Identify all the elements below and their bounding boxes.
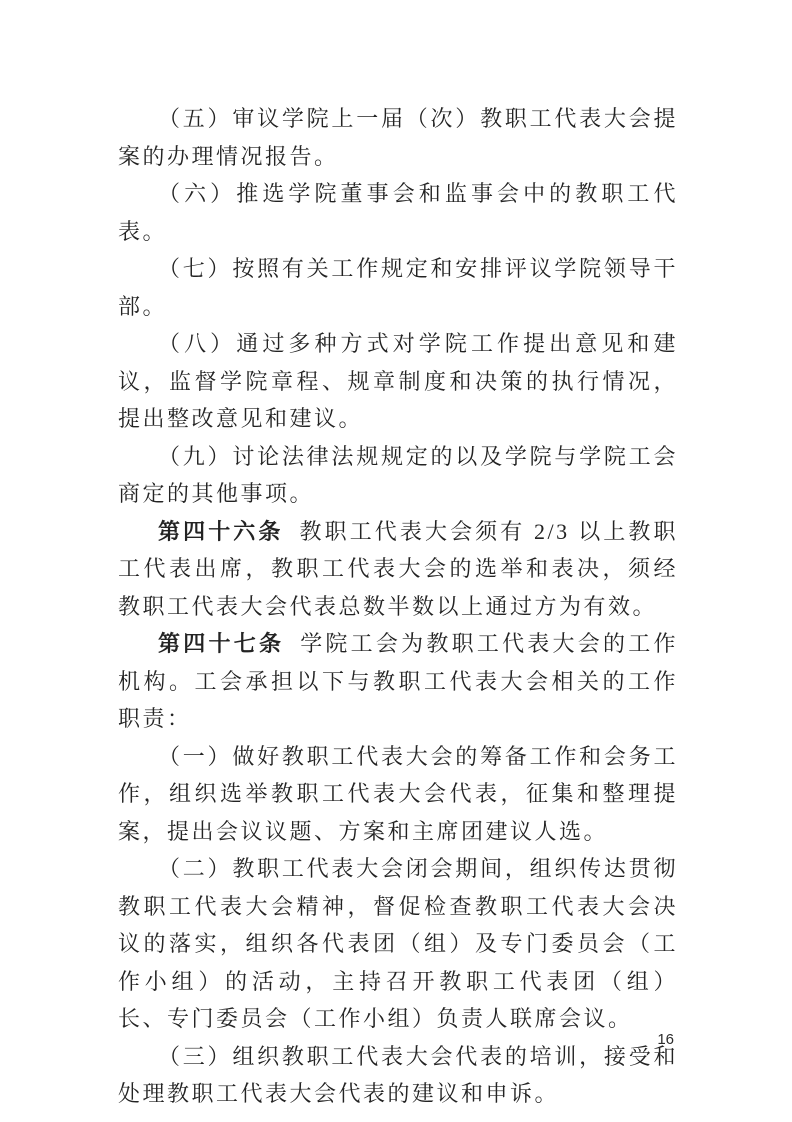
duty-item-1: （一）做好教职工代表大会的筹备工作和会务工作，组织选举教职工代表大会代表，征集和… (118, 738, 678, 851)
paragraph-text: （八）通过多种方式对学院工作提出意见和建议，监督学院章程、规章制度和决策的执行情… (118, 331, 678, 431)
clause-item-6: （六）推选学院董事会和监事会中的教职工代表。 (118, 175, 678, 250)
paragraph-text: （五）审议学院上一届（次）教职工代表大会提案的办理情况报告。 (118, 106, 678, 169)
document-page: （五）审议学院上一届（次）教职工代表大会提案的办理情况报告。 （六）推选学院董事… (0, 0, 792, 1122)
article-47-number: 第四十七条 (158, 631, 284, 656)
duty-item-3: （三）组织教职工代表大会代表的培训，接受和处理教职工代表大会代表的建议和申诉。 (118, 1038, 678, 1113)
clause-item-8: （八）通过多种方式对学院工作提出意见和建议，监督学院章程、规章制度和决策的执行情… (118, 325, 678, 438)
article-46-number: 第四十六条 (158, 519, 284, 544)
paragraph-text: （二）教职工代表大会闭会期间，组织传达贯彻教职工代表大会精神，督促检查教职工代表… (118, 856, 678, 1031)
paragraph-text: （三）组织教职工代表大会代表的培训，接受和处理教职工代表大会代表的建议和申诉。 (118, 1044, 678, 1107)
paragraph-text: （七）按照有关工作规定和安排评议学院领导干部。 (118, 256, 678, 319)
paragraph-text: （九）讨论法律法规规定的以及学院与学院工会商定的其他事项。 (118, 444, 678, 507)
document-body: （五）审议学院上一届（次）教职工代表大会提案的办理情况报告。 （六）推选学院董事… (118, 100, 678, 1113)
paragraph-text: （六）推选学院董事会和监事会中的教职工代表。 (118, 181, 678, 244)
paragraph-text: （一）做好教职工代表大会的筹备工作和会务工作，组织选举教职工代表大会代表，征集和… (118, 744, 678, 844)
clause-item-5: （五）审议学院上一届（次）教职工代表大会提案的办理情况报告。 (118, 100, 678, 175)
article-47: 第四十七条学院工会为教职工代表大会的工作机构。工会承担以下与教职工代表大会相关的… (118, 625, 678, 738)
clause-item-7: （七）按照有关工作规定和安排评议学院领导干部。 (118, 250, 678, 325)
clause-item-9: （九）讨论法律法规规定的以及学院与学院工会商定的其他事项。 (118, 438, 678, 513)
duty-item-2: （二）教职工代表大会闭会期间，组织传达贯彻教职工代表大会精神，督促检查教职工代表… (118, 850, 678, 1038)
article-46: 第四十六条教职工代表大会须有 2/3 以上教职工代表出席，教职工代表大会的选举和… (118, 513, 678, 626)
page-number: 16 (657, 1031, 674, 1048)
